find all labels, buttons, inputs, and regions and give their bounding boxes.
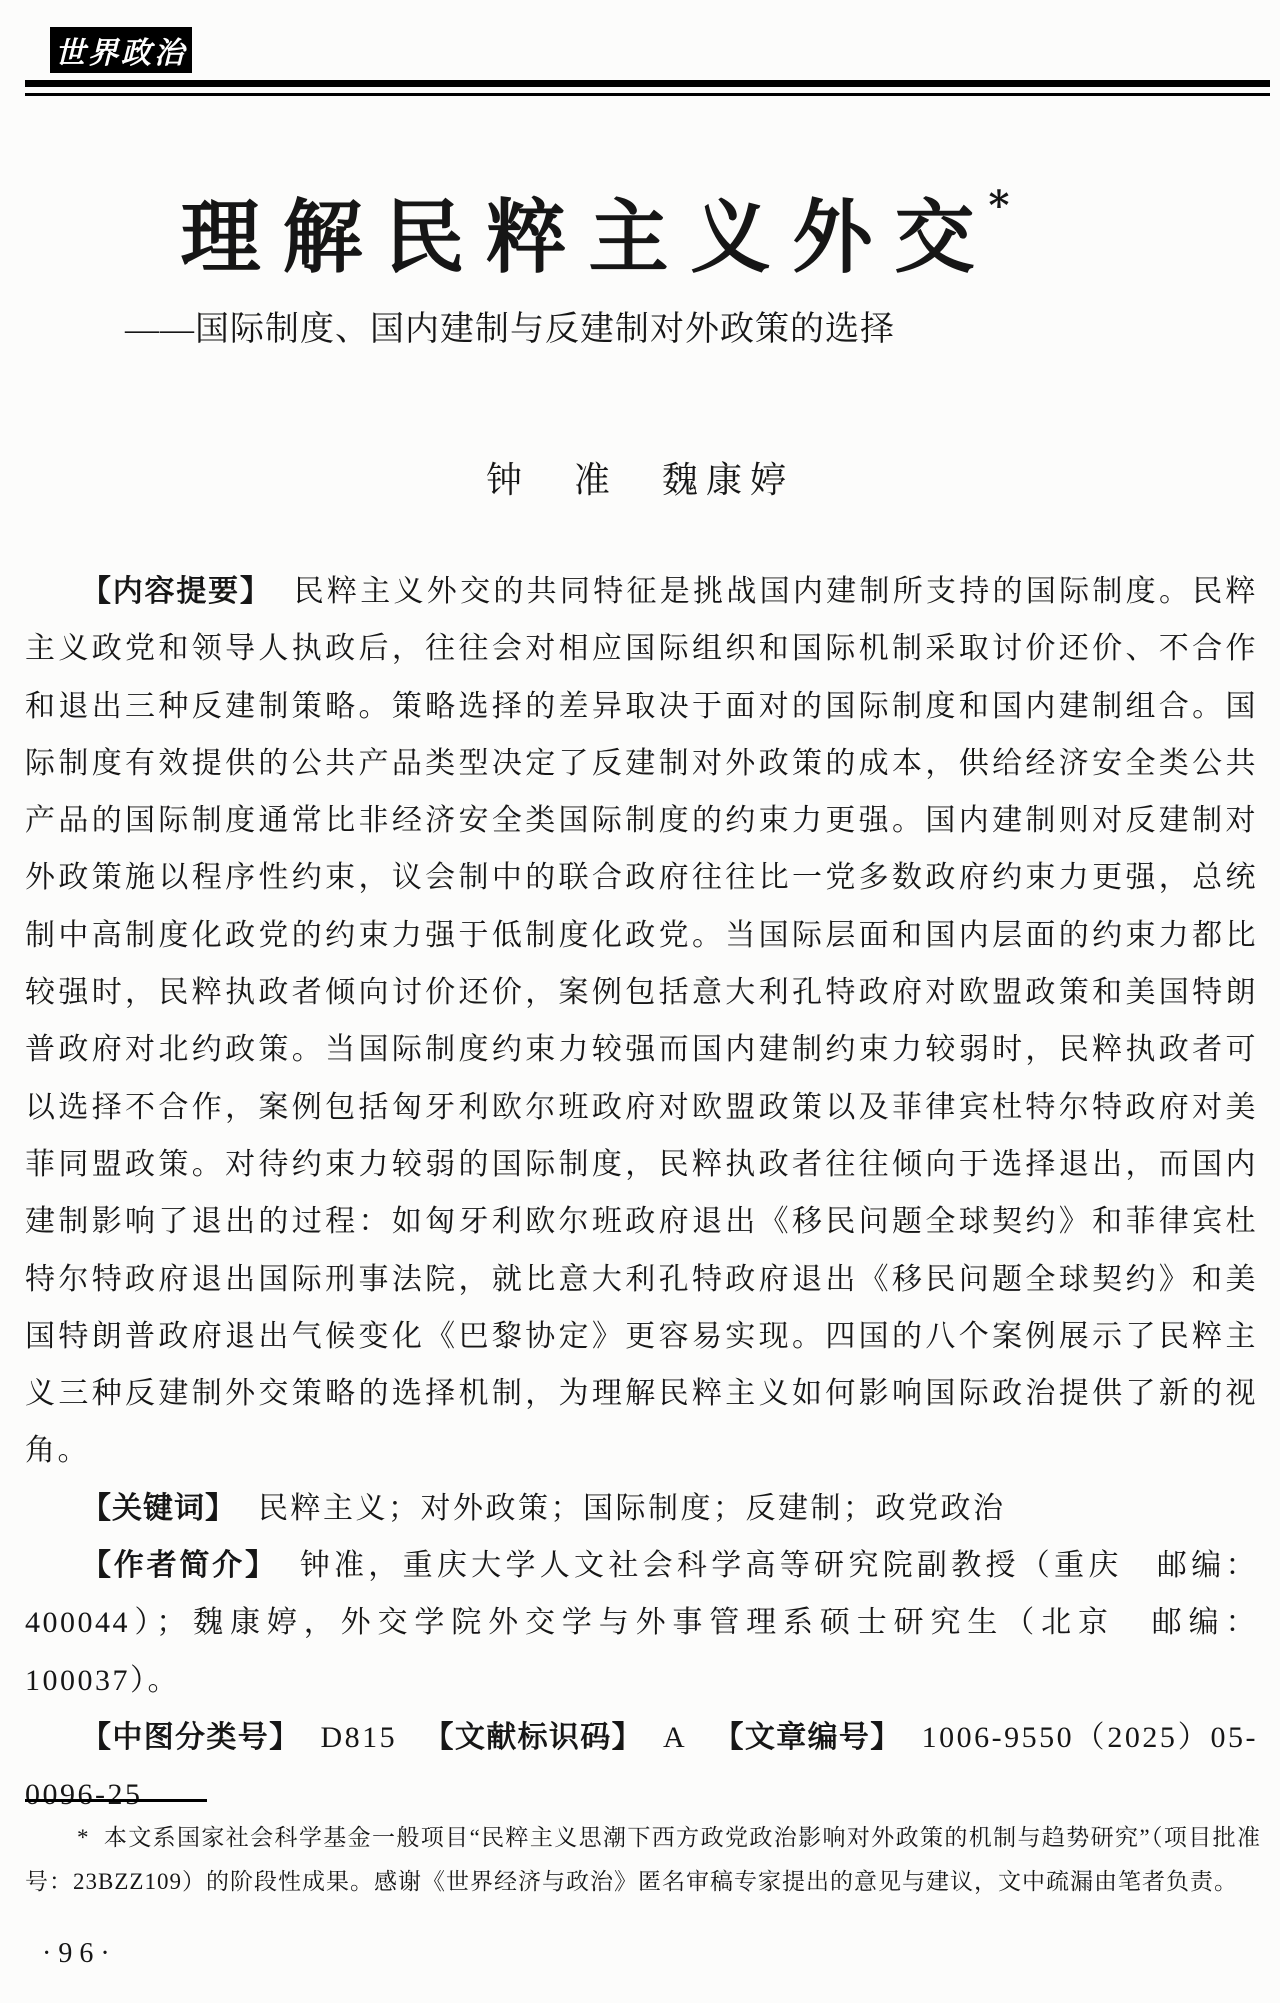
page-number: ·96· bbox=[42, 1938, 117, 1970]
header-rule-thick bbox=[25, 80, 1270, 87]
footnote-divider bbox=[25, 1799, 207, 1802]
keywords-line: 【关键词】民粹主义；对外政策；国际制度；反建制；政党政治 bbox=[25, 1480, 1258, 1537]
article-id-label: 【文章编号】 bbox=[713, 1721, 901, 1754]
author-bio-line: 【作者简介】钟准，重庆大学人文社会科学高等研究院副教授（重庆 邮编：400044… bbox=[25, 1537, 1258, 1709]
journal-page: 世界政治 理解民粹主义外交* ——国际制度、国内建制与反建制对外政策的选择 钟 … bbox=[0, 0, 1280, 2003]
clc-value: D815 bbox=[320, 1721, 397, 1754]
doc-code-value: A bbox=[663, 1721, 687, 1754]
keywords-text: 民粹主义；对外政策；国际制度；反建制；政党政治 bbox=[258, 1492, 1006, 1525]
title-footnote-marker: * bbox=[989, 182, 1010, 229]
article-title: 理解民粹主义外交* bbox=[0, 150, 1235, 293]
footnote-marker: * bbox=[77, 1825, 90, 1850]
author-bio-label: 【作者简介】 bbox=[81, 1549, 278, 1582]
section-badge: 世界政治 bbox=[50, 27, 192, 73]
keywords-label: 【关键词】 bbox=[81, 1492, 236, 1525]
article-authors: 钟 准 魏康婷 bbox=[0, 452, 1280, 508]
footnote: *本文系国家社会科学基金一般项目“民粹主义思潮下西方政党政治影响对外政策的机制与… bbox=[25, 1816, 1261, 1904]
footnote-text: 本文系国家社会科学基金一般项目“民粹主义思潮下西方政党政治影响对外政策的机制与趋… bbox=[25, 1825, 1261, 1894]
clc-label: 【中图分类号】 bbox=[81, 1721, 300, 1754]
article-title-text: 理解民粹主义外交 bbox=[181, 190, 997, 284]
abstract-text: 民粹主义外交的共同特征是挑战国内建制所支持的国际制度。民粹主义政党和领导人执政后… bbox=[25, 575, 1258, 1467]
classification-line: 【中图分类号】D815【文献标识码】A【文章编号】1006-9550（2025）… bbox=[25, 1709, 1258, 1824]
article-subtitle: ——国际制度、国内建制与反建制对外政策的选择 bbox=[0, 305, 1150, 355]
footnote-paragraph: *本文系国家社会科学基金一般项目“民粹主义思潮下西方政党政治影响对外政策的机制与… bbox=[25, 1816, 1261, 1904]
front-matter: 【内容提要】民粹主义外交的共同特征是挑战国内建制所支持的国际制度。民粹主义政党和… bbox=[25, 563, 1258, 1824]
abstract-label: 【内容提要】 bbox=[81, 575, 272, 608]
doc-code-label: 【文献标识码】 bbox=[423, 1721, 643, 1754]
section-badge-label: 世界政治 bbox=[55, 28, 187, 72]
abstract-paragraph: 【内容提要】民粹主义外交的共同特征是挑战国内建制所支持的国际制度。民粹主义政党和… bbox=[25, 563, 1258, 1480]
header-rule-thin bbox=[25, 93, 1270, 96]
